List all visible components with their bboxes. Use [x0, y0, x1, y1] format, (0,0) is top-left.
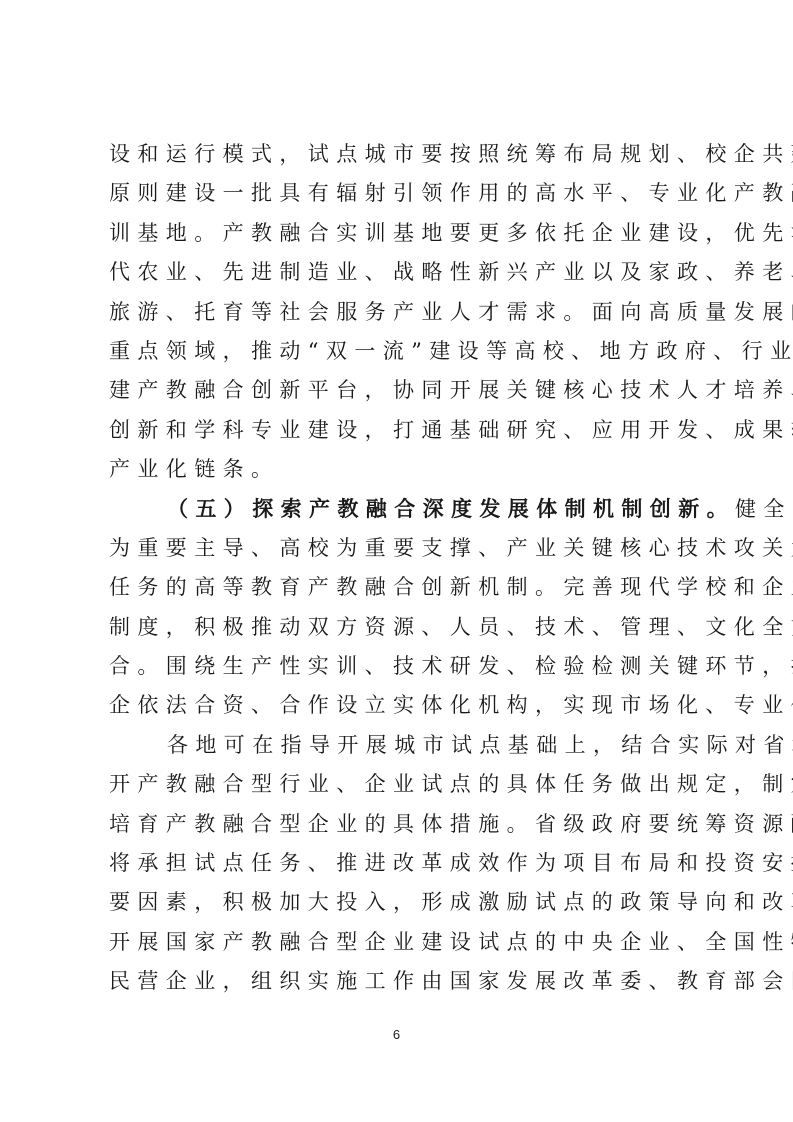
text-line: 开展国家产教融合型企业建设试点的中央企业、全国性特大型: [109, 927, 689, 966]
text-line: 重点领域，推动“双一流”建设等高校、地方政府、行业企业共: [109, 336, 689, 375]
text-line: 民营企业，组织实施工作由国家发展改革委、教育部会同有关: [109, 966, 689, 1005]
text-line: 制度，积极推动双方资源、人员、技术、管理、文化全方位融: [109, 612, 689, 651]
text-line: 任务的高等教育产教融合创新机制。完善现代学校和企业治理: [109, 572, 689, 611]
section-text: 健全以企业: [735, 497, 793, 521]
body-text: 设和运行模式，试点城市要按照统筹布局规划、校企共建共享 原则建设一批具有辐射引领…: [109, 139, 689, 1006]
text-line: 旅游、托育等社会服务产业人才需求。面向高质量发展的若干: [109, 297, 689, 336]
section-heading: （五）探索产教融合深度发展体制机制创新。: [167, 496, 735, 521]
document-page: 设和运行模式，试点城市要按照统筹布局规划、校企共建共享 原则建设一批具有辐射引领…: [0, 0, 793, 1122]
text-line: 原则建设一批具有辐射引领作用的高水平、专业化产教融合实: [109, 178, 689, 217]
text-line: 开产教融合型行业、企业试点的具体任务做出规定，制定建设: [109, 769, 689, 808]
text-line: 代农业、先进制造业、战略性新兴产业以及家政、养老、健康、: [109, 257, 689, 296]
text-line: 要因素，积极加大投入，形成激励试点的政策导向和改革推力。: [109, 887, 689, 926]
paragraph-start-line: 各地可在指导开展城市试点基础上，结合实际对省域内推: [109, 730, 689, 769]
text-line: 训基地。产教融合实训基地要更多依托企业建设，优先满足现: [109, 218, 689, 257]
text-line: 创新和学科专业建设，打通基础研究、应用开发、成果转移和: [109, 415, 689, 454]
text-line: 为重要主导、高校为重要支撑、产业关键核心技术攻关为中心: [109, 533, 689, 572]
text-line: 建产教融合创新平台，协同开展关键核心技术人才培养、科技: [109, 375, 689, 414]
text-line: 合。围绕生产性实训、技术研发、检验检测关键环节，推动校: [109, 651, 689, 690]
text-line: 培育产教融合型企业的具体措施。省级政府要统筹资源配置，: [109, 809, 689, 848]
text-line: 设和运行模式，试点城市要按照统筹布局规划、校企共建共享: [109, 139, 689, 178]
section-heading-line: （五）探索产教融合深度发展体制机制创新。健全以企业: [109, 494, 689, 533]
text-line: 产业化链条。: [109, 454, 689, 493]
text-line: 企依法合资、合作设立实体化机构，实现市场化、专业化运作。: [109, 690, 689, 729]
text-line: 将承担试点任务、推进改革成效作为项目布局和投资安排的重: [109, 848, 689, 887]
page-number: 6: [0, 1027, 793, 1042]
